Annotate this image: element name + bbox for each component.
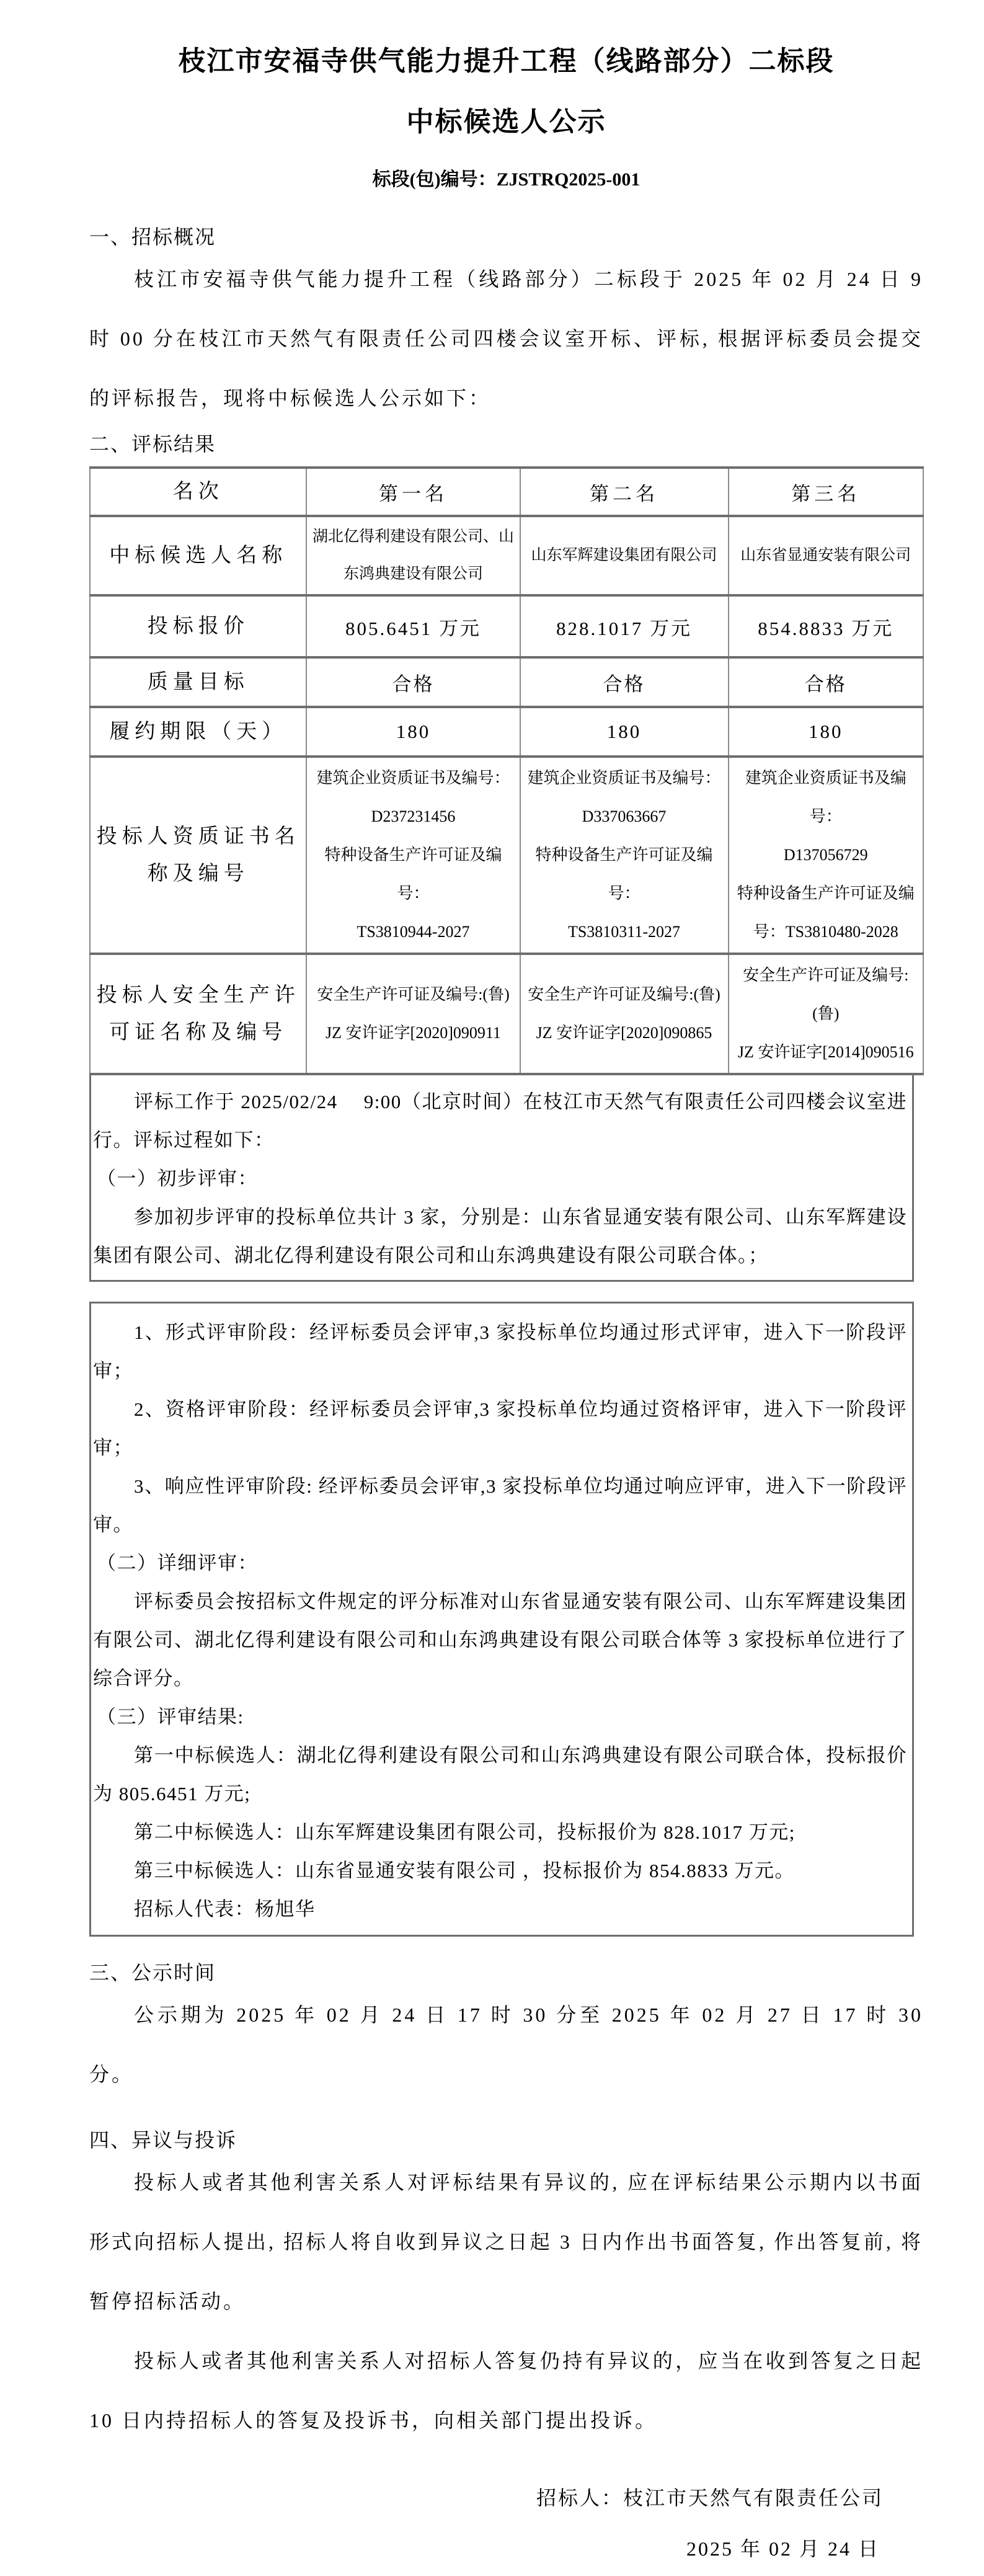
candidate-name-third: 山东省显通安装有限公司 <box>729 516 924 595</box>
second-candidate-line: 第二中标候选人：山东军辉建设集团有限公司，投标报价为 828.1017 万元; <box>93 1813 907 1852</box>
section-3-heading: 三、公示时间 <box>89 1960 923 1985</box>
row-label-safety-license: 投标人安全生产许可证名称及编号 <box>90 954 306 1074</box>
qualification-cert-first: 建筑企业资质证书及编号： D237231456 特种设备生产许可证及编号： TS… <box>306 757 520 954</box>
page-title-line2: 中标候选人公示 <box>89 107 923 138</box>
detailed-review-paragraph: 评标委员会按招标文件规定的评分标准对山东省显通安装有限公司、山东军辉建设集团有限… <box>93 1583 907 1698</box>
performance-period-first: 180 <box>306 707 520 757</box>
evaluation-detail-box: 1、形式评审阶段：经评标委员会评审,3 家投标单位均通过形式评审，进入下一阶段评… <box>89 1302 914 1937</box>
signature-bidder: 招标人：枝江市天然气有限责任公司 <box>89 2486 923 2510</box>
qualification-cert-third: 建筑企业资质证书及编号： D137056729 特种设备生产许可证及编 号：TS… <box>729 757 924 954</box>
section-1-paragraph: 枝江市安福寺供气能力提升工程（线路部分）二标段于 2025 年 02 月 24 … <box>89 249 923 428</box>
table-row-performance-period: 履约期限（天） 180 180 180 <box>90 707 923 757</box>
bid-price-second: 828.1017 万元 <box>520 595 729 657</box>
safety-license-second: 安全生产许可证及编号:(鲁) JZ 安许证字[2020]090865 <box>520 954 729 1074</box>
section-1-heading: 一、招标概况 <box>89 224 923 249</box>
table-header-second-place: 第二名 <box>520 468 729 516</box>
section-2-heading: 二、评标结果 <box>89 432 923 456</box>
candidate-name-first: 湖北亿得利建设有限公司、山 东鸿典建设有限公司 <box>306 516 520 595</box>
row-label-quality-goal: 质量目标 <box>90 657 306 707</box>
table-header-third-place: 第三名 <box>729 468 924 516</box>
safety-license-first: 安全生产许可证及编号:(鲁) JZ 安许证字[2020]090911 <box>306 954 520 1074</box>
table-header-rank: 名次 <box>90 468 306 516</box>
signature-date: 2025 年 02 月 24 日 <box>89 2537 923 2560</box>
table-row-candidate-name: 中标候选人名称 湖北亿得利建设有限公司、山 东鸿典建设有限公司 山东军辉建设集团… <box>90 516 923 595</box>
qualification-review-item: 2、资格评审阶段：经评标委员会评审,3 家投标单位均通过资格评审，进入下一阶段评… <box>93 1390 907 1467</box>
form-review-item: 1、形式评审阶段：经评标委员会评审,3 家投标单位均通过形式评审，进入下一阶段评… <box>93 1313 907 1390</box>
bidder-representative-line: 招标人代表：杨旭华 <box>93 1890 907 1929</box>
table-row-safety-license: 投标人安全生产许可证名称及编号 安全生产许可证及编号:(鲁) JZ 安许证字[2… <box>90 954 923 1074</box>
row-label-performance-period: 履约期限（天） <box>90 707 306 757</box>
safety-license-third: 安全生产许可证及编号:(鲁) JZ 安许证字[2014]090516 <box>729 954 924 1074</box>
row-label-candidate-name: 中标候选人名称 <box>90 516 306 595</box>
table-header-row: 名次 第一名 第二名 第三名 <box>90 468 923 516</box>
bid-price-third: 854.8833 万元 <box>729 595 924 657</box>
performance-period-third: 180 <box>729 707 924 757</box>
page-title-line1: 枝江市安福寺供气能力提升工程（线路部分）二标段 <box>89 46 923 77</box>
quality-goal-first: 合格 <box>306 657 520 707</box>
table-row-quality-goal: 质量目标 合格 合格 合格 <box>90 657 923 707</box>
qualification-cert-second: 建筑企业资质证书及编号： D337063667 特种设备生产许可证及编号： TS… <box>520 757 729 954</box>
announcement-document: 枝江市安福寺供气能力提升工程（线路部分）二标段 中标候选人公示 标段(包)编号：… <box>0 0 984 2576</box>
review-result-heading: （三）评审结果: <box>93 1698 907 1736</box>
package-code: 标段(包)编号：ZJSTRQ2025-001 <box>89 169 923 191</box>
evaluation-work-line: 评标工作于 2025/02/24 9:00（北京时间）在枝江市天然气有限责任公司… <box>93 1083 907 1160</box>
evaluation-process-box: 评标工作于 2025/02/24 9:00（北京时间）在枝江市天然气有限责任公司… <box>89 1075 914 1282</box>
table-row-bid-price: 投标报价 805.6451 万元 828.1017 万元 854.8833 万元 <box>90 595 923 657</box>
detailed-review-heading: （二）详细评审： <box>93 1544 907 1583</box>
quality-goal-third: 合格 <box>729 657 924 707</box>
candidate-name-second: 山东军辉建设集团有限公司 <box>520 516 729 595</box>
row-label-qualification-certificates: 投标人资质证书名称及编号 <box>90 757 306 954</box>
preliminary-review-heading: （一）初步评审： <box>93 1160 907 1198</box>
evaluation-result-table: 名次 第一名 第二名 第三名 中标候选人名称 湖北亿得利建设有限公司、山 东鸿典… <box>89 466 924 1075</box>
section-3-paragraph: 公示期为 2025 年 02 月 24 日 17 时 30 分至 2025 年 … <box>89 1985 923 2104</box>
responsiveness-review-item: 3、响应性评审阶段: 经评标委员会评审,3 家投标单位均通过响应评审，进入下一阶… <box>93 1467 907 1544</box>
first-candidate-line: 第一中标候选人：湖北亿得利建设有限公司和山东鸿典建设有限公司联合体，投标报价为 … <box>93 1736 907 1813</box>
quality-goal-second: 合格 <box>520 657 729 707</box>
section-4-paragraph-2: 投标人或者其他利害关系人对招标人答复仍持有异议的，应当在收到答复之日起 10 日… <box>89 2331 923 2450</box>
table-header-first-place: 第一名 <box>306 468 520 516</box>
preliminary-review-detail: 参加初步评审的投标单位共计 3 家，分别是：山东省显通安装有限公司、山东军辉建设… <box>93 1198 907 1275</box>
performance-period-second: 180 <box>520 707 729 757</box>
bid-price-first: 805.6451 万元 <box>306 595 520 657</box>
row-label-bid-price: 投标报价 <box>90 595 306 657</box>
section-4-heading: 四、异议与投诉 <box>89 2128 923 2152</box>
table-row-qualification-certificates: 投标人资质证书名称及编号 建筑企业资质证书及编号： D237231456 特种设… <box>90 757 923 954</box>
section-4-paragraph-1: 投标人或者其他利害关系人对评标结果有异议的, 应在评标结果公示期内以书面形式向招… <box>89 2152 923 2331</box>
third-candidate-line: 第三中标候选人：山东省显通安装有限公司 ，投标报价为 854.8833 万元。 <box>93 1852 907 1890</box>
